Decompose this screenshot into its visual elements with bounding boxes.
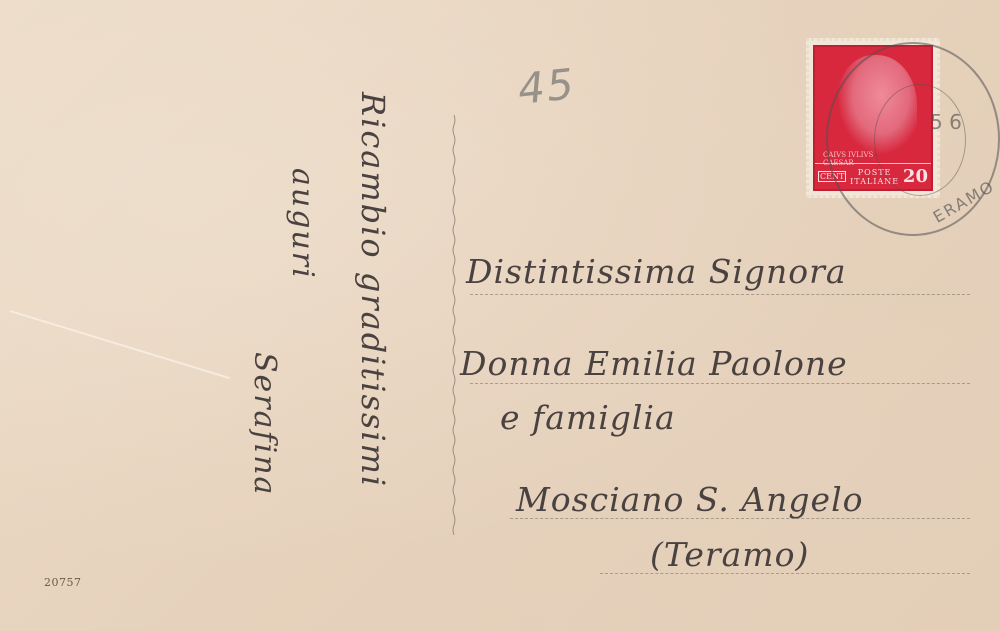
print-number: 20757 — [44, 576, 82, 589]
message-line-1: Ricambio graditissimi — [354, 92, 392, 488]
stamp-cent-label: CENT — [818, 171, 846, 182]
postmark-town: ERAMO — [930, 176, 998, 226]
stamp-caption-line1: CAIVS IVLIVS — [823, 151, 873, 159]
stamp-face: CAIVS IVLIVS CAESAR CENT POSTE ITALIANE … — [813, 45, 933, 191]
postage-stamp: CAIVS IVLIVS CAESAR CENT POSTE ITALIANE … — [806, 38, 940, 198]
address-line-5: (Teramo) — [650, 535, 809, 574]
address-line-2: Donna Emilia Paolone — [460, 344, 848, 383]
stamp-country: POSTE ITALIANE — [850, 168, 899, 186]
address-line-3: e famiglia — [500, 398, 676, 437]
stamp-value: 20 — [903, 166, 928, 187]
pencil-note: 45 — [516, 59, 578, 114]
caesar-portrait-icon — [837, 55, 917, 155]
stamp-country-line2: ITALIANE — [850, 177, 899, 186]
stamp-country-line1: POSTE — [850, 168, 899, 177]
wavy-divider-line — [451, 115, 457, 535]
address-line-4: Mosciano S. Angelo — [516, 480, 863, 519]
address-line-1: Distintissima Signora — [466, 252, 847, 291]
postcard-back: 20757 45 CAIVS IVLIVS CAESAR CENT POSTE … — [0, 0, 1000, 631]
postmark-date: 5 6 — [930, 110, 962, 134]
address-rule-2 — [470, 383, 970, 384]
stamp-footer: CENT POSTE ITALIANE 20 — [815, 163, 931, 189]
message-signature: Serafina — [247, 352, 282, 496]
paper-crease — [10, 310, 231, 379]
address-rule-1 — [470, 294, 970, 295]
message-line-2: auguri — [285, 168, 320, 280]
